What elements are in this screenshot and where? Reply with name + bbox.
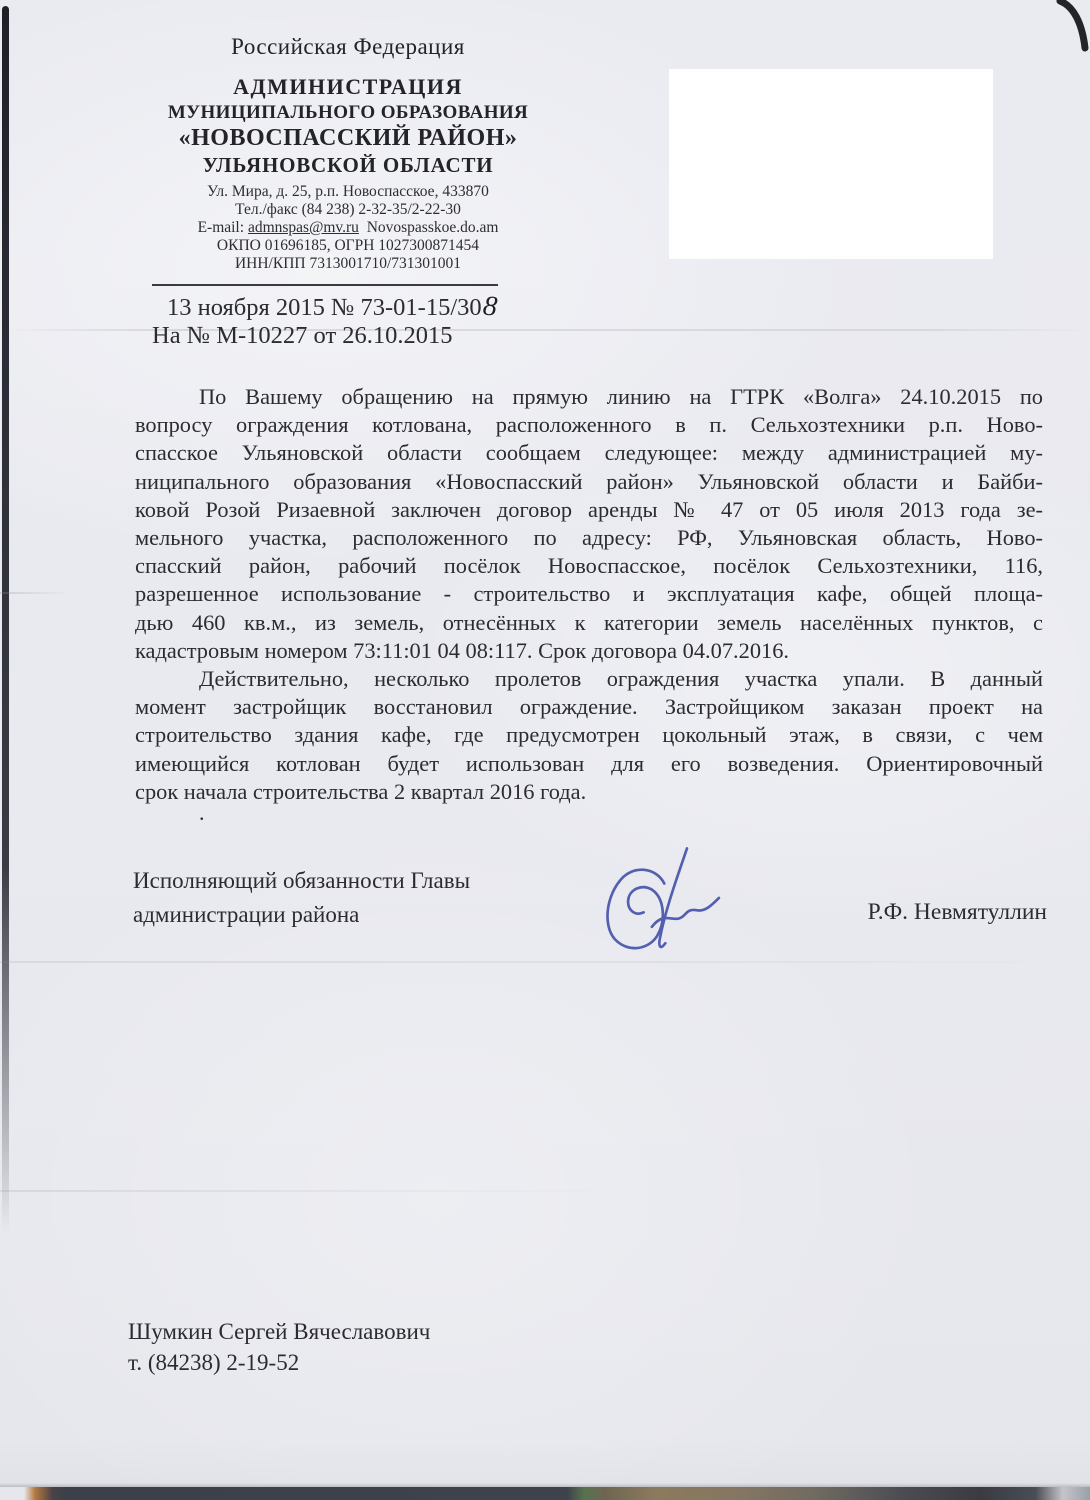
paper-crease	[0, 1190, 640, 1192]
body-line: разрешенное использование - строительств…	[135, 580, 1043, 608]
body-line: мельного участка, расположенного по адре…	[135, 524, 1043, 552]
signatory-name: Р.Ф. Невмятуллин	[837, 899, 1047, 926]
outgoing-date-number: 13 ноября 2015 № 73-01-15/308	[167, 291, 497, 323]
body-line: срок начала строительства 2 квартал 2016…	[135, 778, 1043, 806]
scanner-background-strip	[0, 1487, 1090, 1500]
body-line: ковой Розой Ризаевной заключен договор а…	[135, 496, 1043, 524]
letterhead-org-line4: УЛЬЯНОВСКОЙ ОБЛАСТИ	[123, 153, 573, 178]
scanned-letter-page: Российская Федерация АДМИНИСТРАЦИЯ МУНИЦ…	[0, 0, 1090, 1500]
body-line: момент застройщик восстановил ограждение…	[135, 693, 1043, 721]
paper-crease	[0, 592, 70, 594]
letterhead: Российская Федерация АДМИНИСТРАЦИЯ МУНИЦ…	[123, 34, 573, 273]
letterhead-email-line: E-mail: admnspas@mv.ru Novospasskoe.do.a…	[123, 219, 573, 237]
body-line: спасский район, рабочий посёлок Новоспас…	[135, 552, 1043, 580]
executor-block: Шумкин Сергей Вячеславович т. (84238) 2-…	[128, 1316, 430, 1378]
paper-left-edge-shadow	[2, 6, 9, 1234]
body-line: вопросу ограждения котлована, расположен…	[135, 411, 1043, 439]
letterhead-org-line1: АДМИНИСТРАЦИЯ	[123, 74, 573, 100]
body-line: По Вашему обращению на прямую линию на Г…	[135, 383, 1043, 411]
redaction-box	[669, 69, 993, 259]
letterhead-country: Российская Федерация	[123, 34, 573, 60]
letterhead-org-line3: «НОВОСПАССКИЙ РАЙОН»	[123, 125, 573, 152]
letterhead-okpo-ogrn: ОКПО 01696185, ОГРН 1027300871454	[123, 237, 573, 255]
letter-body: По Вашему обращению на прямую линию на Г…	[135, 383, 1043, 806]
letterhead-phone: Тел./факс (84 238) 2-32-35/2-22-30	[123, 201, 573, 219]
stray-period: .	[199, 800, 205, 826]
body-line: дью 460 кв.м., из земель, отнесённых к к…	[135, 609, 1043, 637]
body-line: имеющийся котлован будет использован для…	[135, 750, 1043, 778]
body-line: строительство здания кафе, где предусмот…	[135, 721, 1043, 749]
email-address: admnspas@mv.ru	[248, 219, 359, 236]
paper-crease	[0, 961, 1090, 963]
email-label: E-mail:	[198, 219, 248, 236]
body-line: Действительно, несколько пролетов огражд…	[135, 665, 1043, 693]
handwritten-signature-ink	[588, 844, 722, 958]
signatory-title-line1: Исполняющий обязанности Главы	[133, 864, 470, 898]
reply-to-reference: На № М-10227 от 26.10.2015	[152, 322, 453, 350]
website: Novospasskoe.do.am	[367, 219, 499, 236]
signatory-title-line2: администрации района	[133, 898, 470, 932]
letterhead-inn-kpp: ИНН/КПП 7313001710/731301001	[123, 255, 573, 273]
body-paragraph-2: Действительно, несколько пролетов огражд…	[135, 665, 1043, 806]
body-line: кадастровым номером 73:11:01 04 08:117. …	[135, 637, 1043, 665]
letterhead-address: Ул. Мира, д. 25, р.п. Новоспасское, 4338…	[123, 183, 573, 201]
executor-name: Шумкин Сергей Вячеславович	[128, 1316, 430, 1347]
body-paragraph-1: По Вашему обращению на прямую линию на Г…	[135, 383, 1043, 665]
corner-scan-mark	[1054, 0, 1090, 52]
executor-phone: т. (84238) 2-19-52	[128, 1347, 430, 1378]
signatory-title: Исполняющий обязанности Главы администра…	[133, 864, 470, 932]
handwritten-digit: 8	[481, 290, 498, 323]
reference-divider-rule	[152, 284, 498, 286]
body-line: спасское Ульяновской области сообщаем сл…	[135, 439, 1043, 467]
letterhead-org-line2: МУНИЦИПАЛЬНОГО ОБРАЗОВАНИЯ	[123, 102, 573, 124]
body-line: ниципального образования «Новоспасский р…	[135, 468, 1043, 496]
